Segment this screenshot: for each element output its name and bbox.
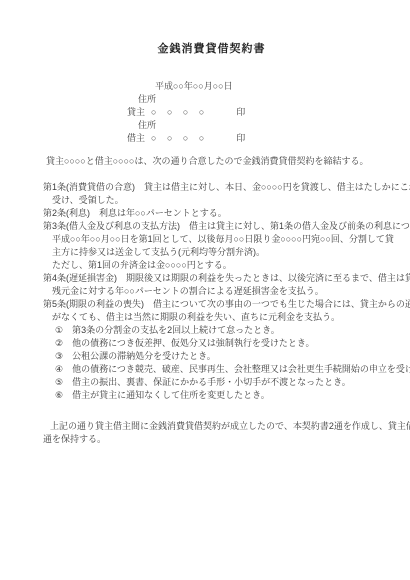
article1-line2: 受け、受領した。: [43, 194, 380, 207]
contract-articles: 第1条(消費貸借の合意) 貸主は借主に対し、本日、金○○○○円を貸渡し、借主はた…: [43, 181, 380, 402]
article4-line1: 第4条(遅延損害金) 期限後又は期限の利益を失ったときは、以後完済に至るまで、借…: [43, 272, 380, 285]
lender-role-label: 貸主: [127, 107, 145, 117]
article5-line2: がなくても、借主は当然に期限の利益を失い、直ちに元利金を支払う。: [43, 311, 380, 324]
lender-seal-mark: 印: [236, 107, 245, 117]
article5-item-5: ⑤ 借主の振出、裏書、保証にかかる手形・小切手が不渡となったとき。: [43, 376, 380, 389]
document-title: 金銭消費貸借契約書: [43, 42, 380, 57]
contract-intro: 貸主○○○○と借主○○○○は、次の通り合意したので金銭消費貸借契約を締結する。: [43, 155, 380, 168]
lender-address-label: 住所: [138, 93, 380, 106]
borrower-signature-row: 借主○ ○ ○ ○印: [127, 132, 380, 145]
borrower-role-label: 借主: [127, 133, 145, 143]
borrower-address-label: 住所: [138, 119, 380, 132]
article3-line3: 主方に持参又は送金して支払う(元利均等分割弁済)。: [43, 246, 380, 259]
article5-item-4: ④ 他の債務につき競売、破産、民事再生、会社整理又は会社更生手続開始の申立を受け…: [43, 363, 380, 376]
article5-item-1: ① 第3条の分割金の支払を2回以上続けて怠ったとき。: [43, 324, 380, 337]
article1-line1: 第1条(消費貸借の合意) 貸主は借主に対し、本日、金○○○○円を貸渡し、借主はた…: [43, 181, 380, 194]
signature-block: 平成○○年○○月○○日 住所 貸主○ ○ ○ ○印 住所 借主○ ○ ○ ○印: [43, 80, 380, 145]
lender-name: ○ ○ ○ ○: [151, 107, 208, 117]
article5-item-3: ③ 公租公課の滞納処分を受けたとき。: [43, 350, 380, 363]
article3-line2: 平成○○年○○月○○日を第1回として、以後毎月○○日限り金○○○○円宛○○回、分…: [43, 233, 380, 246]
closing-paragraph: 上記の通り貸主借主間に金銭消費貸借契約が成立したので、本契約書2通を作成し、貸主…: [43, 420, 380, 446]
closing-line1: 上記の通り貸主借主間に金銭消費貸借契約が成立したので、本契約書2通を作成し、貸主…: [43, 420, 380, 433]
article3-line4: ただし、第1回の弁済金は金○○○○円とする。: [43, 259, 380, 272]
borrower-seal-mark: 印: [236, 133, 245, 143]
contract-date: 平成○○年○○月○○日: [155, 80, 380, 93]
borrower-name: ○ ○ ○ ○: [151, 133, 208, 143]
lender-signature-row: 貸主○ ○ ○ ○印: [127, 106, 380, 119]
closing-line2: 通を保持する。: [43, 433, 380, 446]
article3-line1: 第3条(借入金及び利息の支払方法) 借主は貸主に対し、第1条の借入金及び前条の利…: [43, 220, 380, 233]
article4-line2: 残元金に対する年○○パーセントの割合による遅延損害金を支払う。: [43, 285, 380, 298]
article5-line1: 第5条(期限の利益の喪失) 借主について次の事由の一つでも生じた場合には、貸主か…: [43, 298, 380, 311]
article5-item-2: ② 他の債務につき仮差押、仮処分又は強制執行を受けたとき。: [43, 337, 380, 350]
article5-item-6: ⑥ 借主が貸主に通知なくして住所を変更したとき。: [43, 389, 380, 402]
contract-document: 金銭消費貸借契約書 平成○○年○○月○○日 住所 貸主○ ○ ○ ○印 住所 借…: [0, 0, 410, 580]
document-content: 金銭消費貸借契約書 平成○○年○○月○○日 住所 貸主○ ○ ○ ○印 住所 借…: [43, 0, 380, 446]
article2-line1: 第2条(利息) 利息は年○○パーセントとする。: [43, 207, 380, 220]
